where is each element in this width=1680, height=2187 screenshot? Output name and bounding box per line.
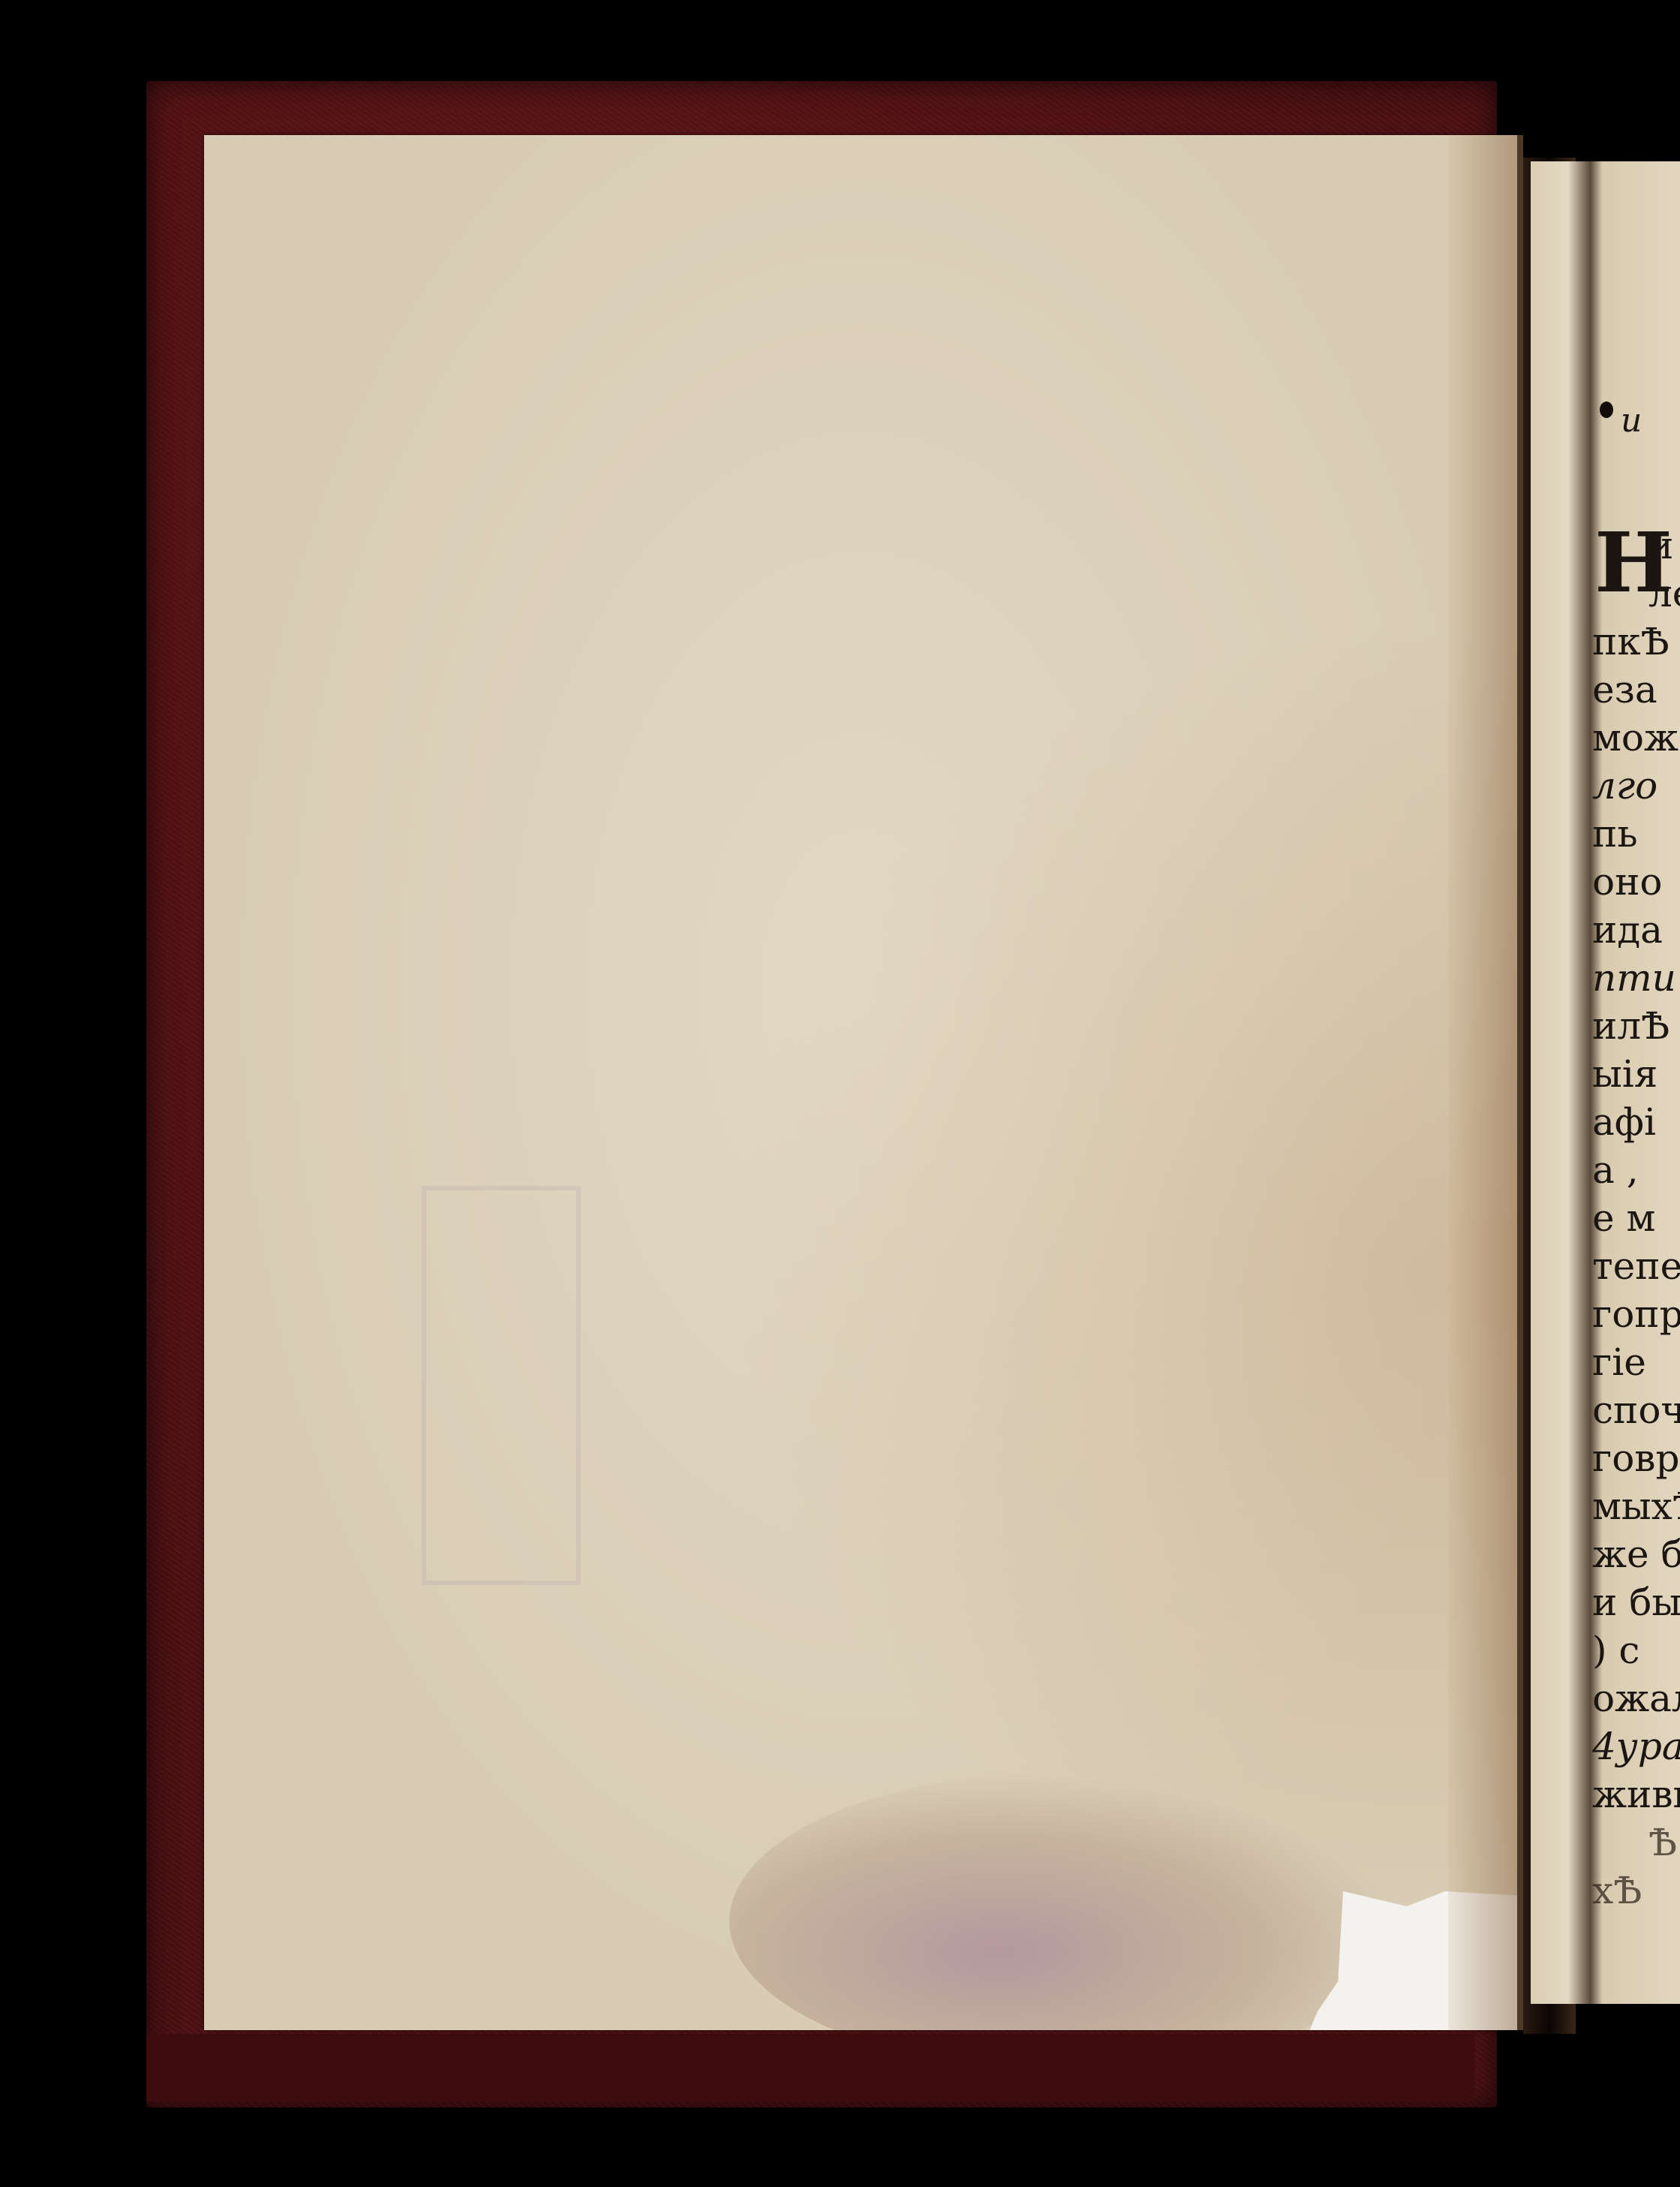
faint-stamp-mark [422,1186,581,1585]
text-line: пь [1592,810,1680,858]
text-line: пти [1592,954,1680,1002]
text-line: хѢ [1592,1867,1680,1915]
text-line: ожал [1592,1674,1680,1722]
right-page: и Н и ле пкѢ еза мож лго пь оно ида пти … [1531,161,1680,2004]
text-line: тепе [1592,1242,1680,1290]
text-line: и [1592,522,1680,570]
text-line: оно [1592,858,1680,906]
text-line: илѢ [1592,1002,1680,1050]
text-line: говре [1592,1434,1680,1482]
text-line: а , [1592,1146,1680,1194]
text-line: спочи [1592,1386,1680,1434]
text-line: еза [1592,666,1680,714]
text-line: 4ура [1592,1722,1680,1770]
text-line: ) с [1592,1626,1680,1674]
text-line: гіе [1592,1338,1680,1386]
left-page-damaged-edge [1448,135,1523,2030]
text-line: живи [1592,1770,1680,1818]
text-line: мож [1592,714,1680,762]
ornament-dot-icon [1600,402,1613,418]
cover-bottom-edge [146,2034,1474,2101]
text-line: пкѢ [1592,618,1680,666]
water-stain [729,1771,1405,2030]
text-line: и бы [1592,1578,1680,1626]
running-head: и [1621,402,1642,440]
text-line: лго [1592,762,1680,810]
text-line: ыія [1592,1050,1680,1098]
text-lines: и ле пкѢ еза мож лго пь оно ида пти илѢ … [1592,522,1680,1915]
text-line: ида [1592,906,1680,954]
text-line: гопр [1592,1290,1680,1338]
left-page [204,135,1517,2030]
text-line: ле [1592,570,1680,618]
text-line: е м [1592,1194,1680,1242]
text-line: же бу [1592,1530,1680,1578]
text-line: афі [1592,1098,1680,1146]
text-line: Ѣ [1592,1818,1680,1867]
text-line: мыхѢ [1592,1482,1680,1530]
